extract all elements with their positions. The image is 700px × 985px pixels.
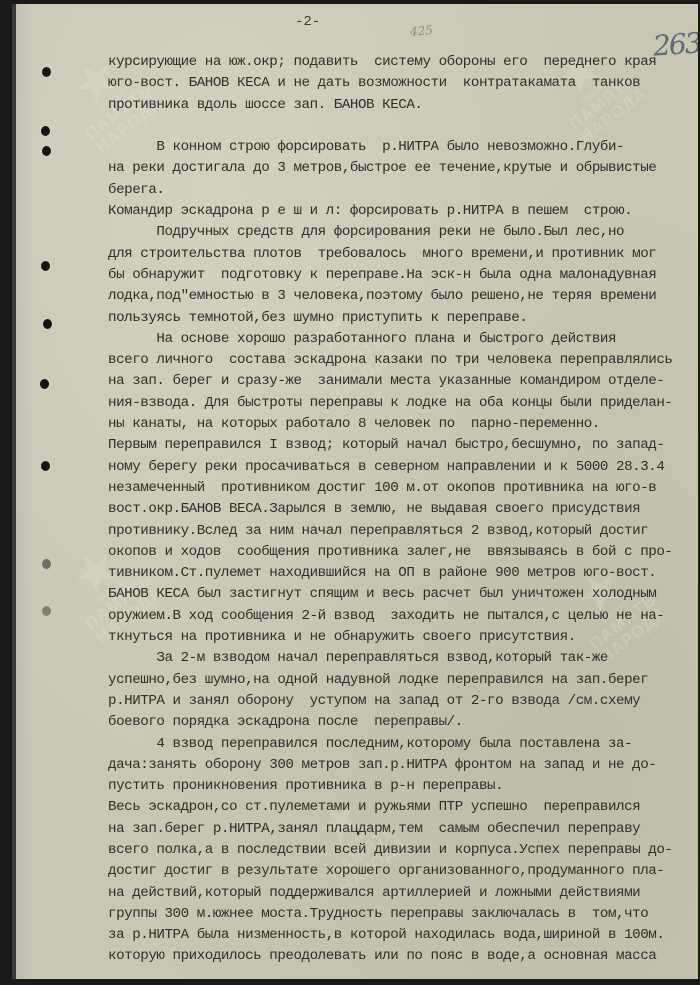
text-line: курсирующие на юж.окр; подавить систему …	[108, 52, 698, 73]
text-line: За 2-м взводом начал переправляться взво…	[108, 648, 698, 669]
text-line: всего личного состава эскадрона казаки п…	[108, 350, 698, 371]
text-line: на зап.берег р.НИТРА,занял плацдарм,тем …	[108, 819, 698, 840]
punch-hole	[42, 559, 51, 569]
text-line: На основе хорошо разработанного плана и …	[108, 329, 698, 350]
punch-hole	[40, 379, 49, 389]
text-line: дача:занять оборону 300 метров зап.р.НИТ…	[108, 755, 698, 776]
text-line: на зап. берег и сразу-же занимали места …	[108, 371, 698, 392]
text-line: лодка,под"емностью в 3 человека,поэтому …	[108, 286, 698, 307]
text-line: оружием.В ход сообщения 2-й взвод заходи…	[108, 606, 698, 627]
text-line: ному берегу реки просачиваться в северно…	[108, 457, 698, 478]
text-line: за р.НИТРА была низменность,в которой на…	[108, 925, 698, 946]
page-number: -2-	[295, 14, 320, 30]
page-edge	[12, 4, 16, 979]
text-line: противнику.Вслед за ним начал переправля…	[108, 521, 698, 542]
text-line: незамеченный противником достиг 100 м.от…	[108, 478, 698, 499]
text-line: 4 взвод переправился последним,которому …	[108, 734, 698, 755]
typed-body-text: курсирующие на юж.окр; подавить систему …	[108, 52, 698, 968]
text-line: ны канаты, на которых работало 8 человек…	[108, 414, 698, 435]
text-line: вост.окр.БАНОВ ВЕСА.Зарылся в землю, не …	[108, 499, 698, 520]
punch-hole	[41, 461, 50, 471]
text-line: окопов и ходов сообщения противника зале…	[108, 542, 698, 563]
pencil-annotation: 425	[409, 23, 433, 39]
text-line: берега.	[108, 180, 698, 201]
document-page: ★ 1941-1945 ПАМЯТЬ НАРОДА ★ 1941-1945 ПА…	[12, 4, 698, 979]
text-line: Первым переправился I взвод; который нач…	[108, 435, 698, 456]
text-line: р.НИТРА и занял оборону уступом на запад…	[108, 691, 698, 712]
text-line: боевого порядка эскадрона после переправ…	[108, 712, 698, 733]
punch-hole	[42, 606, 51, 616]
text-line: ния-взвода. Для быстроты переправы к лод…	[108, 393, 698, 414]
text-line: всего полка,а в последствии всей дивизии…	[108, 840, 698, 861]
text-line: для строительства плотов требовалось мно…	[108, 244, 698, 265]
text-line: на действий,который поддерживался артилл…	[108, 883, 698, 904]
text-line	[108, 116, 698, 137]
text-line: Подручных средств для форсирования реки …	[108, 222, 698, 243]
punch-hole	[41, 261, 50, 271]
text-line: пользуясь темнотой,без шумно приступить …	[108, 308, 698, 329]
text-line: тивником.Ст.пулемет находившийся на ОП в…	[108, 563, 698, 584]
text-line: БАНОВ КЕСА был застигнут спящим и весь р…	[108, 584, 698, 605]
punch-hole	[43, 319, 52, 329]
punch-hole	[42, 67, 51, 77]
text-line: Весь эскадрон,со ст.пулеметами и ружьями…	[108, 797, 698, 818]
text-line: В конном строю форсировать р.НИТРА было …	[108, 137, 698, 158]
text-line: пустить проникновения противника в р-н п…	[108, 776, 698, 797]
text-line: юго-вост. БАНОВ КЕСА и не дать возможнос…	[108, 73, 698, 94]
punch-hole	[42, 146, 51, 156]
text-line: которую приходилось преодолевать или по …	[108, 946, 698, 967]
text-line: на реки достигала до 3 метров,быстрое ее…	[108, 158, 698, 179]
text-line: достиг достиг в результате хорошего орга…	[108, 861, 698, 882]
text-line: группы 300 м.южнее моста.Трудность переп…	[108, 904, 698, 925]
text-line: успешно,без шумно,на одной надувной лодк…	[108, 670, 698, 691]
text-line: противника вдоль шоссе зап. БАНОВ КЕСА.	[108, 95, 698, 116]
text-line: ткнуться на противника и не обнаружить с…	[108, 627, 698, 648]
text-line: Командир эскадрона р е ш и л: форсироват…	[108, 201, 698, 222]
punch-hole	[41, 126, 50, 136]
text-line: бы обнаружит подготовку к переправе.На э…	[108, 265, 698, 286]
